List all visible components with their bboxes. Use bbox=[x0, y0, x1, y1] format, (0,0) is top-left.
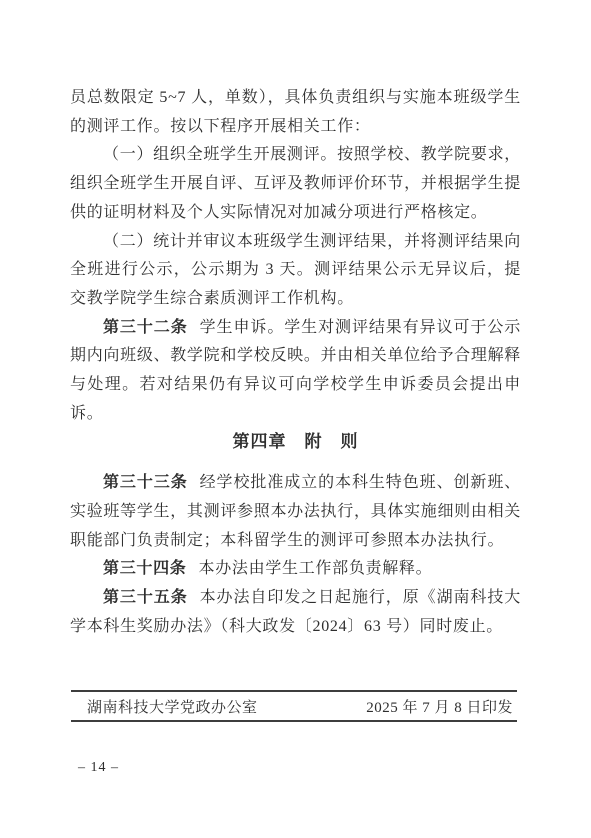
paragraph-article-35: 第三十五条本办法自印发之日起施行，原《湖南科技大学本科生奖励办法》（科大政发〔2… bbox=[70, 584, 521, 641]
print-date-label: 2025 年 7 月 8 日印发 bbox=[366, 696, 513, 717]
article-number-label: 第三十五条 bbox=[103, 589, 188, 606]
chapter-heading: 第四章 附 则 bbox=[70, 428, 521, 457]
document-page: 员总数限定 5~7 人，单数），具体负责组织与实施本班级学生的测评工作。按以下程… bbox=[0, 0, 591, 838]
paragraph-continuation: 员总数限定 5~7 人，单数），具体负责组织与实施本班级学生的测评工作。按以下程… bbox=[70, 84, 521, 141]
paragraph-item-one: （一）组织全班学生开展测评。按照学校、教学院要求，组织全班学生开展自评、互评及教… bbox=[70, 141, 521, 227]
paragraph-article-32: 第三十二条学生申诉。学生对测评结果有异议可于公示期内向班级、教学院和学校反映。并… bbox=[70, 314, 521, 429]
page-number: – 14 – bbox=[78, 760, 119, 776]
issuing-office-label: 湖南科技大学党政办公室 bbox=[87, 696, 258, 717]
paragraph-text: （一）组织全班学生开展测评。按照学校、教学院要求，组织全班学生开展自评、互评及教… bbox=[70, 146, 521, 220]
footer-colophon: 湖南科技大学党政办公室 2025 年 7 月 8 日印发 bbox=[71, 690, 517, 722]
article-number-label: 第三十二条 bbox=[103, 319, 188, 336]
paragraph-text: 员总数限定 5~7 人，单数），具体负责组织与实施本班级学生的测评工作。按以下程… bbox=[70, 89, 521, 135]
paragraph-article-33: 第三十三条经学校批准成立的本科生特色班、创新班、实验班等学生，其测评参照本办法执… bbox=[70, 469, 521, 555]
paragraph-text: 本办法由学生工作部负责解释。 bbox=[199, 560, 433, 577]
paragraph-item-two: （二）统计并审议本班级学生测评结果，并将测评结果向全班进行公示，公示期为 3 天… bbox=[70, 228, 521, 314]
article-number-label: 第三十三条 bbox=[103, 474, 188, 491]
article-number-label: 第三十四条 bbox=[103, 560, 187, 577]
document-body: 员总数限定 5~7 人，单数），具体负责组织与实施本班级学生的测评工作。按以下程… bbox=[70, 84, 521, 641]
paragraph-article-34: 第三十四条本办法由学生工作部负责解释。 bbox=[70, 555, 521, 584]
paragraph-text: （二）统计并审议本班级学生测评结果，并将测评结果向全班进行公示，公示期为 3 天… bbox=[70, 233, 521, 307]
